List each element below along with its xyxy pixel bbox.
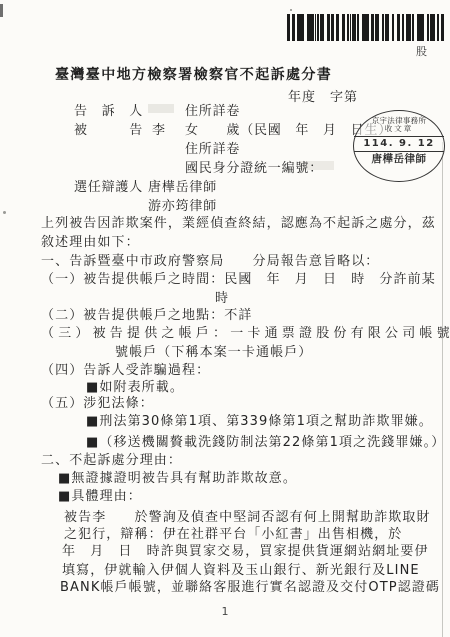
body-line: 年 月 日 時許與買家交易，買家提供貨運網站網址要伊 bbox=[62, 540, 429, 559]
body-line-checked: ■具體理由： bbox=[58, 485, 142, 504]
complainant-address: 住所詳卷 bbox=[185, 100, 240, 119]
body-line: （二）被告提供帳戶之地點：不詳 bbox=[41, 304, 253, 323]
law-firm-received-stamp: 京宇法律事務所 收文章 114. 9. 12 唐樺岳律師 bbox=[353, 110, 445, 182]
defendant-label: 被 告 bbox=[74, 119, 143, 138]
scan-edge-line bbox=[442, 142, 443, 637]
case-barcode bbox=[287, 14, 444, 41]
body-line: 二、不起訴處分理由： bbox=[41, 449, 182, 468]
stamp-date: 114. 9. 12 bbox=[363, 138, 434, 149]
body-line: 上列被告因詐欺案件，業經偵查終結，認應為不起訴之處分，茲 bbox=[41, 212, 436, 231]
defendant-name: 李 bbox=[152, 119, 166, 138]
scanned-legal-document-page: 股 臺灣臺中地方檢察署檢察官不起訴處分書 年度 字第 告 訴 人 住所詳卷 被 … bbox=[0, 0, 450, 637]
national-id-label: 國民身分證統一編號： bbox=[185, 157, 323, 176]
counsel-label: 選任辯護人 bbox=[74, 176, 143, 195]
document-title: 臺灣臺中地方檢察署檢察官不起訴處分書 bbox=[55, 64, 332, 84]
stamp-lawyer-name: 唐樺岳律師 bbox=[372, 154, 427, 166]
stamp-divider bbox=[354, 151, 444, 152]
scan-speck bbox=[290, 9, 292, 11]
body-line: 號帳戶（下稱本案一卡通帳戶） bbox=[115, 341, 312, 360]
body-line: （一）被告提供帳戶之時間：民國 年 月 日 時 分許前某 bbox=[41, 268, 436, 287]
body-line: （五）涉犯法條： bbox=[41, 392, 154, 411]
body-line: （三）被告提供之帳戶：一卡通票證股份有限公司帳號 bbox=[41, 322, 450, 341]
unit-label: 股 bbox=[416, 43, 428, 59]
defendant-address: 住所詳卷 bbox=[185, 138, 240, 157]
redacted-smudge bbox=[148, 104, 174, 113]
counsel-name: 唐樺岳律師 bbox=[148, 176, 217, 195]
complainant-label: 告 訴 人 bbox=[74, 100, 143, 119]
body-line: 一、告訴暨臺中市政府警察局 分局報告意旨略以： bbox=[41, 250, 379, 269]
body-line-checked: ■（移送機關贅載洗錢防制法第22條第1項之洗錢罪嫌。） bbox=[86, 431, 445, 450]
body-line-checked: ■無證據證明被告具有幫助詐欺故意。 bbox=[58, 467, 297, 486]
body-line: BANK帳戶帳號，並聯絡客服進行實名認證及交付OTP認證碼 bbox=[60, 576, 440, 595]
body-line: 敘述理由如下： bbox=[41, 231, 140, 250]
stamp-type-label: 收文章 bbox=[385, 125, 414, 133]
case-number-line: 年度 字第 bbox=[288, 86, 358, 105]
scan-mark bbox=[0, 4, 3, 17]
stamp-divider bbox=[354, 136, 444, 137]
body-line-checked: ■刑法第30條第1項、第339條第1項之幫助詐欺罪嫌。 bbox=[86, 410, 433, 429]
page-number: 1 bbox=[0, 605, 450, 618]
scan-speck bbox=[3, 211, 6, 214]
